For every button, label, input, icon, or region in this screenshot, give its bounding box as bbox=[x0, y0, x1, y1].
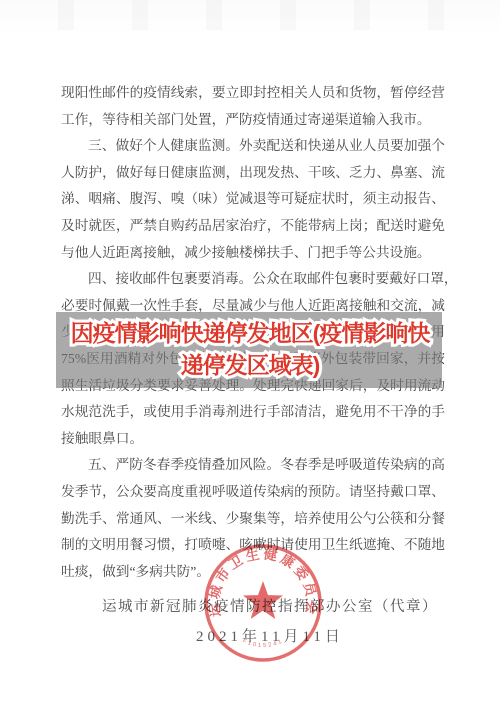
document-line: 及时就医，严禁自购药品居家治疗，不能带病上岗；配送时避免 bbox=[61, 213, 445, 240]
overlay-title-line1: 因疫情影响快递停发地区(疫情影响快 bbox=[0, 317, 500, 349]
official-seal: 运城市卫生健康委员会 F1015241 bbox=[197, 539, 329, 671]
document-line: 五、严防冬春季疫情叠加风险。冬春季是呼吸道传染病的高 bbox=[61, 452, 445, 479]
document-line: 勤洗手、常通风、一米线、少聚集等，培养使用公勺公筷和分餐 bbox=[61, 506, 445, 533]
overlay-title-fill: 因疫情影响快递停发地区(疫情影响快 递停发区域表) bbox=[0, 317, 500, 381]
seal-star-icon bbox=[243, 581, 283, 619]
document-line: 四、接收邮件包裹要消毒。公众在取邮件包裹时要戴好口罩， bbox=[61, 266, 445, 293]
photo-scan-artifact bbox=[0, 0, 500, 30]
document-line: 水规范洗手，或使用手消毒剂进行手部清洁，避免用不干净的手 bbox=[61, 399, 445, 426]
document-line: 工作，等待相关部门处置，严防疫情通过寄递渠道输入我市。 bbox=[61, 107, 445, 134]
document-line: 涕、咽痛、腹泻、嗅（味）觉减退等可疑症状时，须主动报告、 bbox=[61, 186, 445, 213]
overlay-title: 因疫情影响快递停发地区(疫情影响快 递停发区域表) 因疫情影响快递停发地区(疫情… bbox=[0, 317, 500, 381]
document-page: 现阳性邮件的疫情线索，要立即封控相关人员和货物，暂停经营工作，等待相关部门处置，… bbox=[0, 0, 500, 705]
document-line: 现阳性邮件的疫情线索，要立即封控相关人员和货物，暂停经营 bbox=[61, 80, 445, 107]
overlay-title-line2: 递停发区域表) bbox=[0, 349, 500, 381]
seal-serial-text: F1015241 bbox=[241, 638, 284, 649]
svg-text:F1015241: F1015241 bbox=[241, 638, 284, 649]
document-line: 接触眼鼻口。 bbox=[61, 426, 445, 453]
document-line: 人防护，做好每日健康监测，出现发热、干咳、乏力、鼻塞、流 bbox=[61, 160, 445, 187]
document-line: 三、做好个人健康监测。外卖配送和快递从业人员要加强个 bbox=[61, 133, 445, 160]
document-line: 发季节，公众要高度重视呼吸道传染病的预防。请坚持戴口罩、 bbox=[61, 479, 445, 506]
document-line: 与他人近距离接触，减少接触楼梯扶手、门把手等公共设施。 bbox=[61, 240, 445, 267]
